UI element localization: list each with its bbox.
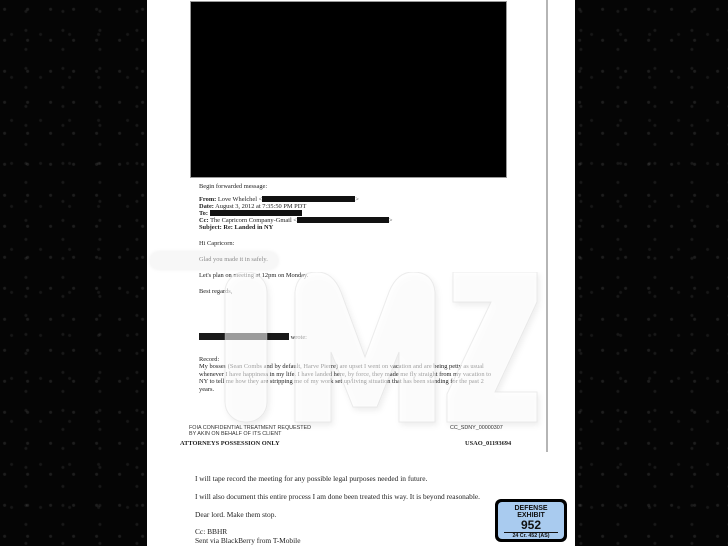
continuation-sent-via: Sent via BlackBerry from T-Mobile bbox=[195, 536, 301, 545]
continuation-p3: Dear lord. Make them stop. bbox=[195, 510, 276, 519]
continuation-p1: I will tape record the meeting for any p… bbox=[195, 474, 427, 483]
attorneys-possession: ATTORNEYS POSSESSION ONLY bbox=[180, 440, 280, 448]
to-label: To: bbox=[199, 210, 208, 217]
cc-redaction bbox=[297, 217, 389, 223]
greeting: Hi Capricorn: bbox=[199, 240, 234, 248]
subject-value: Re: Landed in NY bbox=[223, 224, 273, 231]
continuation-cc: Cc: BBHR bbox=[195, 527, 227, 536]
date-value: August 3, 2012 at 7:35:50 PM PDT bbox=[215, 203, 306, 210]
cc-value: The Capricorn Company-Gmail < bbox=[210, 217, 297, 224]
forward-header: Begin forwarded message: bbox=[199, 183, 267, 191]
to-redaction bbox=[210, 210, 302, 216]
cc-label: Cc: bbox=[199, 217, 209, 224]
large-redaction-block bbox=[190, 1, 507, 178]
record-body: My bosses (Sean Combs and by default, Ha… bbox=[199, 363, 499, 393]
defense-exhibit-sticker: DEFENSE EXHIBIT 952 24 Cr. 452 (AS) bbox=[495, 499, 567, 542]
from-suffix: > bbox=[355, 196, 359, 203]
subject-line: Subject: Re: Landed in NY bbox=[199, 224, 273, 232]
exhibit-line-1: DEFENSE bbox=[498, 505, 564, 512]
exhibit-case-number: 24 Cr. 452 (AS) bbox=[498, 533, 564, 539]
cc-suffix: > bbox=[389, 217, 393, 224]
sender-redaction bbox=[199, 333, 289, 340]
message-line-2: Let's plan on meeting at 12pm on Monday. bbox=[199, 272, 308, 280]
footer-foia-2: BY AKIN ON BEHALF OF ITS CLIENT bbox=[189, 431, 281, 437]
bates-number: USAO_01193694 bbox=[465, 440, 511, 448]
continuation-p2: I will also document this entire process… bbox=[195, 492, 480, 501]
signoff: Best regards, bbox=[199, 288, 232, 296]
from-redaction bbox=[262, 196, 355, 202]
footer-doc-id: CC_SDNY_00000307 bbox=[450, 425, 503, 431]
wrote-label: wrote: bbox=[291, 334, 307, 341]
from-label: From: bbox=[199, 196, 216, 203]
exhibit-number: 952 bbox=[498, 519, 564, 531]
date-label: Date: bbox=[199, 203, 214, 210]
from-value: Love Whelchel < bbox=[218, 196, 262, 203]
document-page: Begin forwarded message: From: Love Whel… bbox=[147, 0, 575, 546]
exhibit-sticker-face: DEFENSE EXHIBIT 952 24 Cr. 452 (AS) bbox=[498, 502, 564, 539]
wrote-line: wrote: bbox=[199, 333, 307, 342]
subject-label: Subject: bbox=[199, 224, 222, 231]
page-edge-rule bbox=[546, 0, 548, 452]
highlight-band bbox=[150, 252, 278, 269]
